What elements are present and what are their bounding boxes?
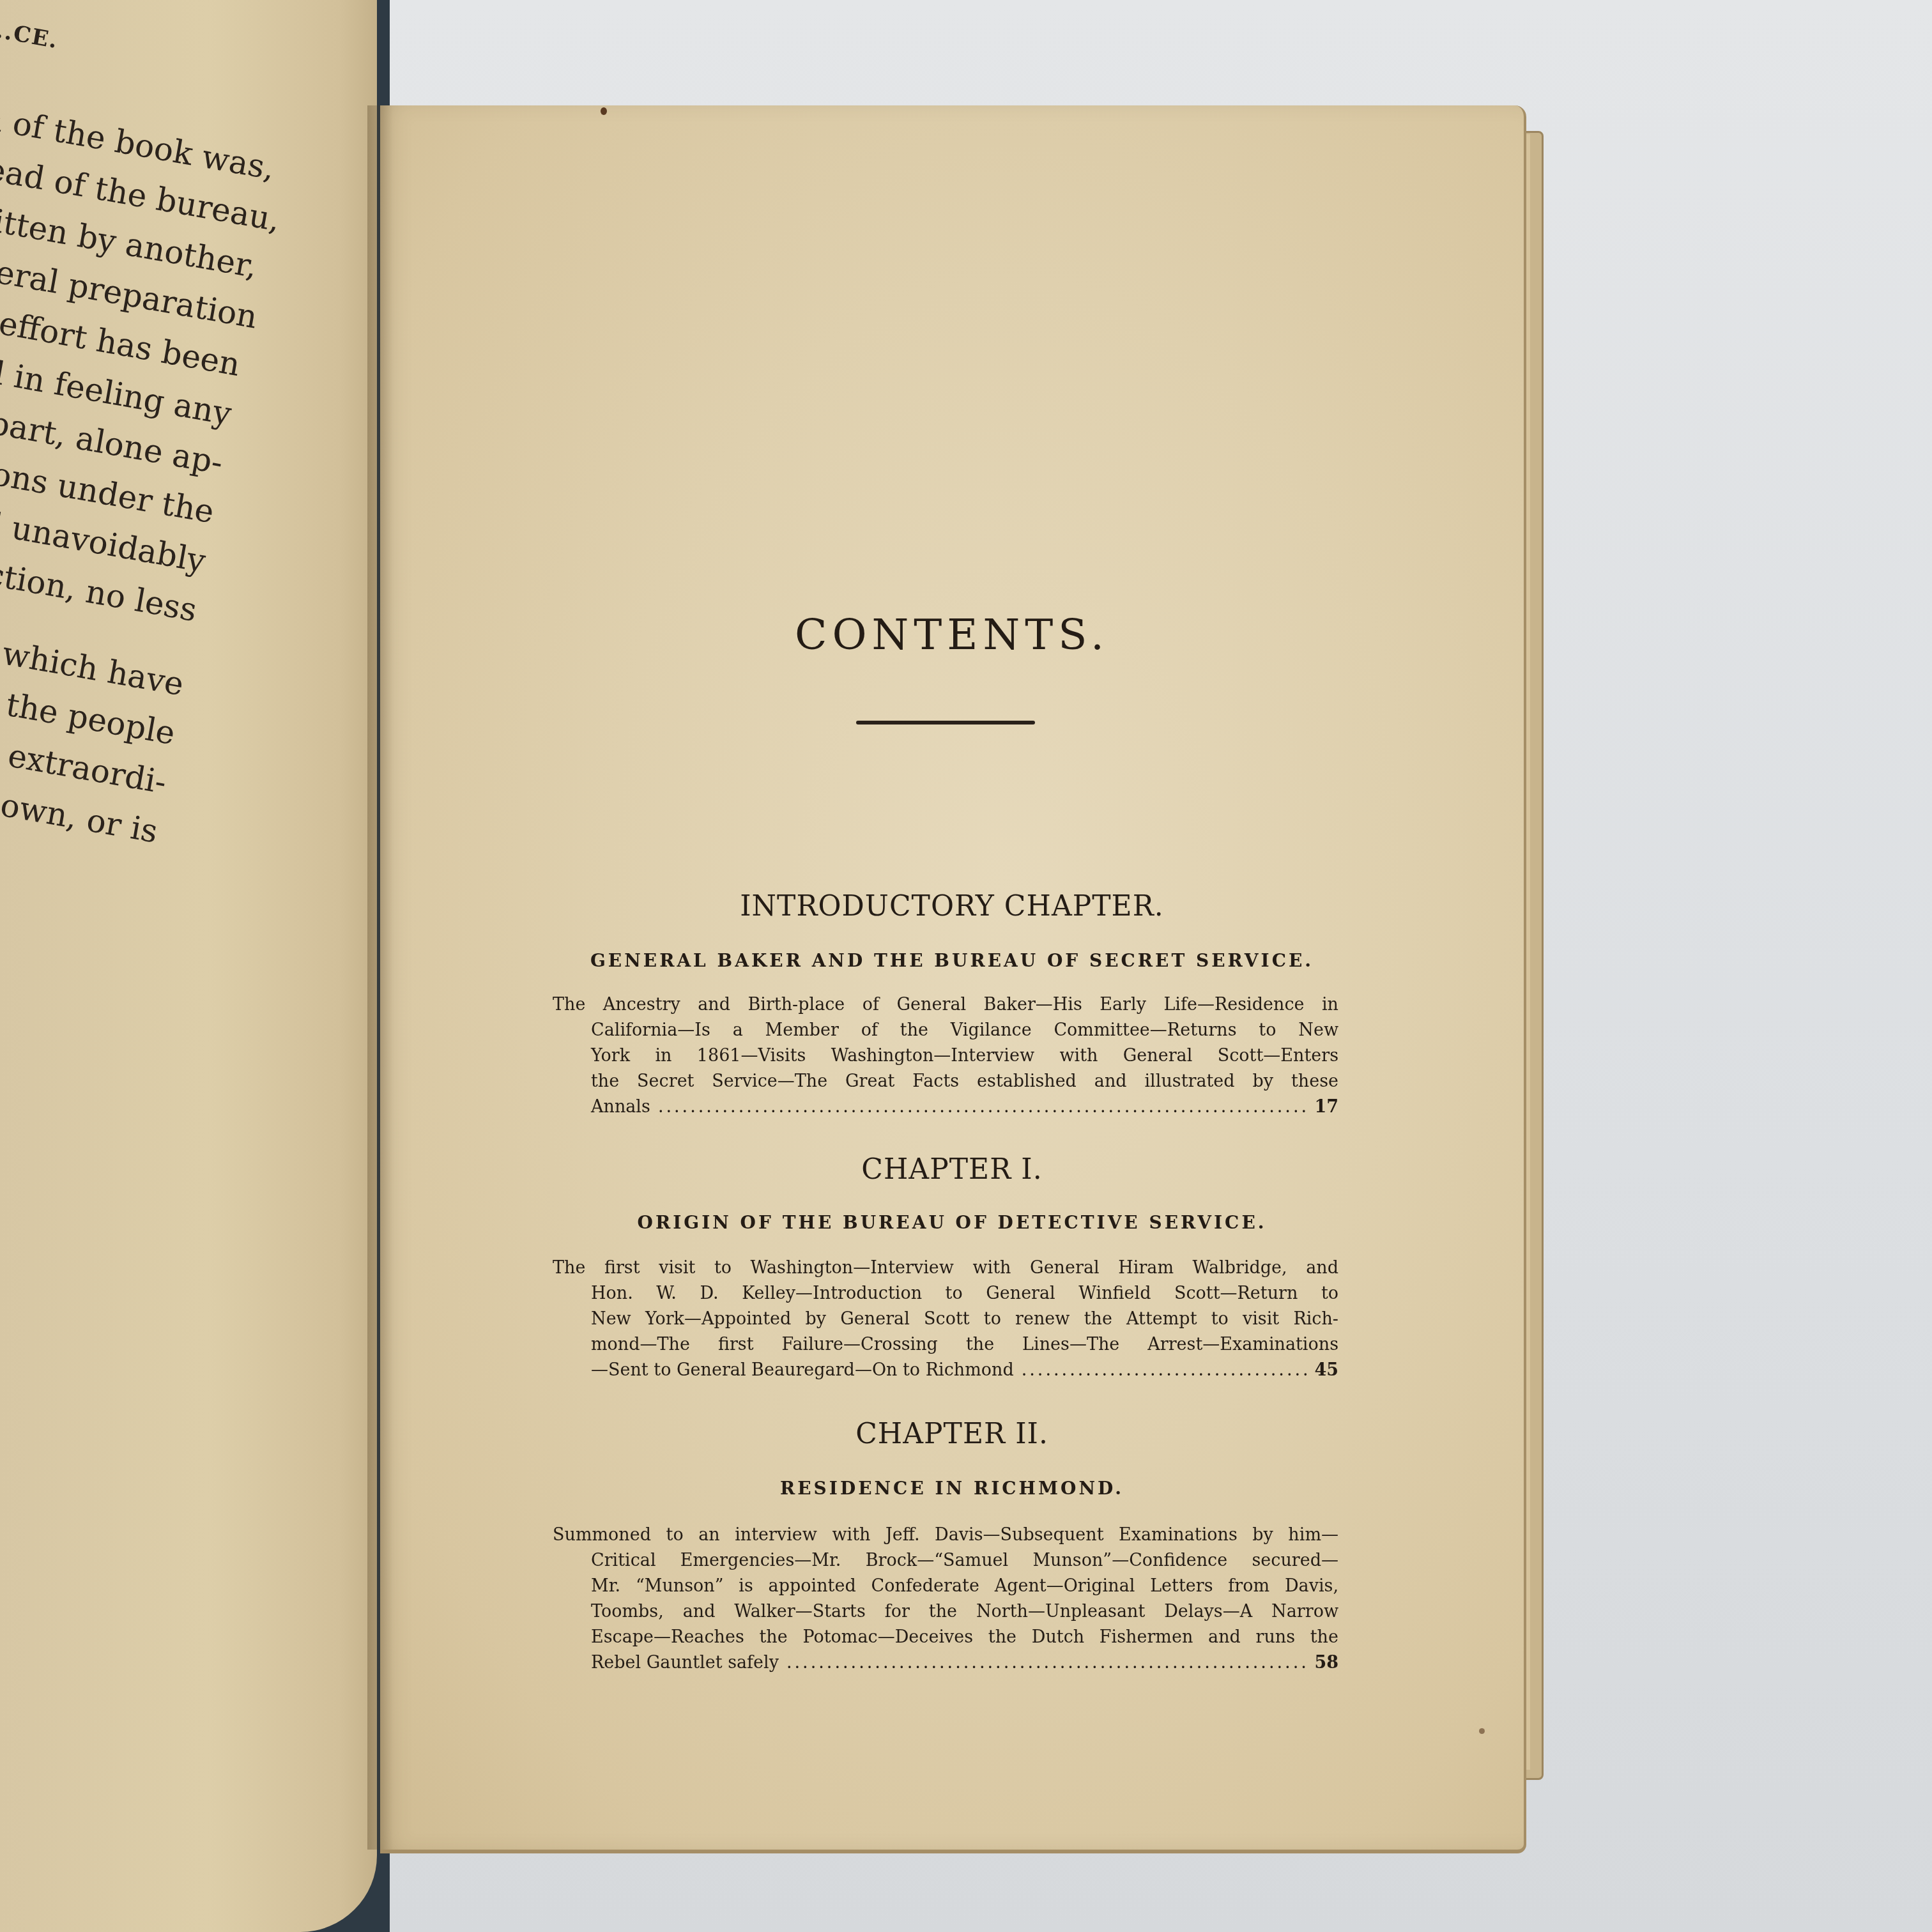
table-of-contents: CONTENTS. INTRODUCTORY CHAPTER. GENERAL … — [380, 105, 1524, 1850]
summary-line: the Secret Service—The Great Facts estab… — [591, 1069, 1338, 1094]
summary-line: Escape—Reaches the Potomac—Deceives the … — [591, 1625, 1338, 1650]
summary-line: The first visit to Washington—Interview … — [553, 1255, 1338, 1281]
foxing-spot — [601, 107, 607, 115]
chapter-subtitle: GENERAL BAKER AND THE BUREAU OF SECRET S… — [380, 950, 1524, 971]
summary-line: Toombs, and Walker—Starts for the North—… — [591, 1599, 1338, 1625]
summary-line: The Ancestry and Birth-place of General … — [553, 992, 1338, 1018]
gutter-shadow — [367, 105, 393, 1850]
toc-entry-link[interactable]: Rebel Gauntlet safely ..................… — [591, 1650, 1338, 1676]
summary-line: Annals — [591, 1094, 650, 1120]
leader-dots: ........................................… — [786, 1650, 1307, 1676]
summary-line: York in 1861—Visits Washington—Interview… — [591, 1043, 1338, 1069]
chapter-heading: INTRODUCTORY CHAPTER. — [380, 890, 1524, 923]
chapter-heading: CHAPTER II. — [380, 1418, 1524, 1450]
page-number: 17 — [1314, 1094, 1338, 1120]
summary-line: Rebel Gauntlet safely — [591, 1650, 779, 1676]
running-head: ...CE. — [0, 0, 294, 107]
chapter-summary: Summoned to an interview with Jeff. Davi… — [591, 1522, 1338, 1676]
chapter-subtitle: ORIGIN OF THE BUREAU OF DETECTIVE SERVIC… — [380, 1212, 1524, 1233]
contents-page: CONTENTS. INTRODUCTORY CHAPTER. GENERAL … — [380, 105, 1526, 1853]
page-title: CONTENTS. — [380, 610, 1524, 659]
page-number: 45 — [1314, 1358, 1338, 1383]
leader-dots: ........................................… — [1022, 1358, 1307, 1383]
chapter-heading: CHAPTER I. — [380, 1153, 1524, 1186]
summary-line: mond—The first Failure—Crossing the Line… — [591, 1332, 1338, 1358]
left-paragraph-1: The plan of the book was, ...onsible hea… — [0, 65, 279, 635]
summary-line: —Sent to General Beauregard—On to Richmo… — [591, 1358, 1014, 1383]
summary-line: Hon. W. D. Kelley—Introduction to Genera… — [591, 1281, 1338, 1307]
chapter-summary: The Ancestry and Birth-place of General … — [591, 992, 1338, 1120]
left-page: ...CE. The plan of the book was, ...onsi… — [0, 0, 377, 1932]
foxing-spot — [1479, 1728, 1485, 1734]
toc-entry-link[interactable]: Annals .................................… — [591, 1094, 1338, 1120]
page-number: 58 — [1314, 1650, 1338, 1676]
summary-line: Summoned to an interview with Jeff. Davi… — [553, 1522, 1338, 1548]
toc-entry-link[interactable]: —Sent to General Beauregard—On to Richmo… — [591, 1358, 1338, 1383]
chapter-summary: The first visit to Washington—Interview … — [591, 1255, 1338, 1383]
left-page-text: ...CE. The plan of the book was, ...onsi… — [0, 0, 294, 882]
summary-line: Mr. “Munson” is appointed Confederate Ag… — [591, 1574, 1338, 1599]
summary-line: California—Is a Member of the Vigilance … — [591, 1018, 1338, 1043]
chapter-subtitle: RESIDENCE IN RICHMOND. — [380, 1478, 1524, 1499]
summary-line: Critical Emergencies—Mr. Brock—“Samuel M… — [591, 1548, 1338, 1574]
summary-line: New York—Appointed by General Scott to r… — [591, 1307, 1338, 1332]
leader-dots: ........................................… — [658, 1094, 1307, 1120]
title-rule — [856, 721, 1035, 724]
